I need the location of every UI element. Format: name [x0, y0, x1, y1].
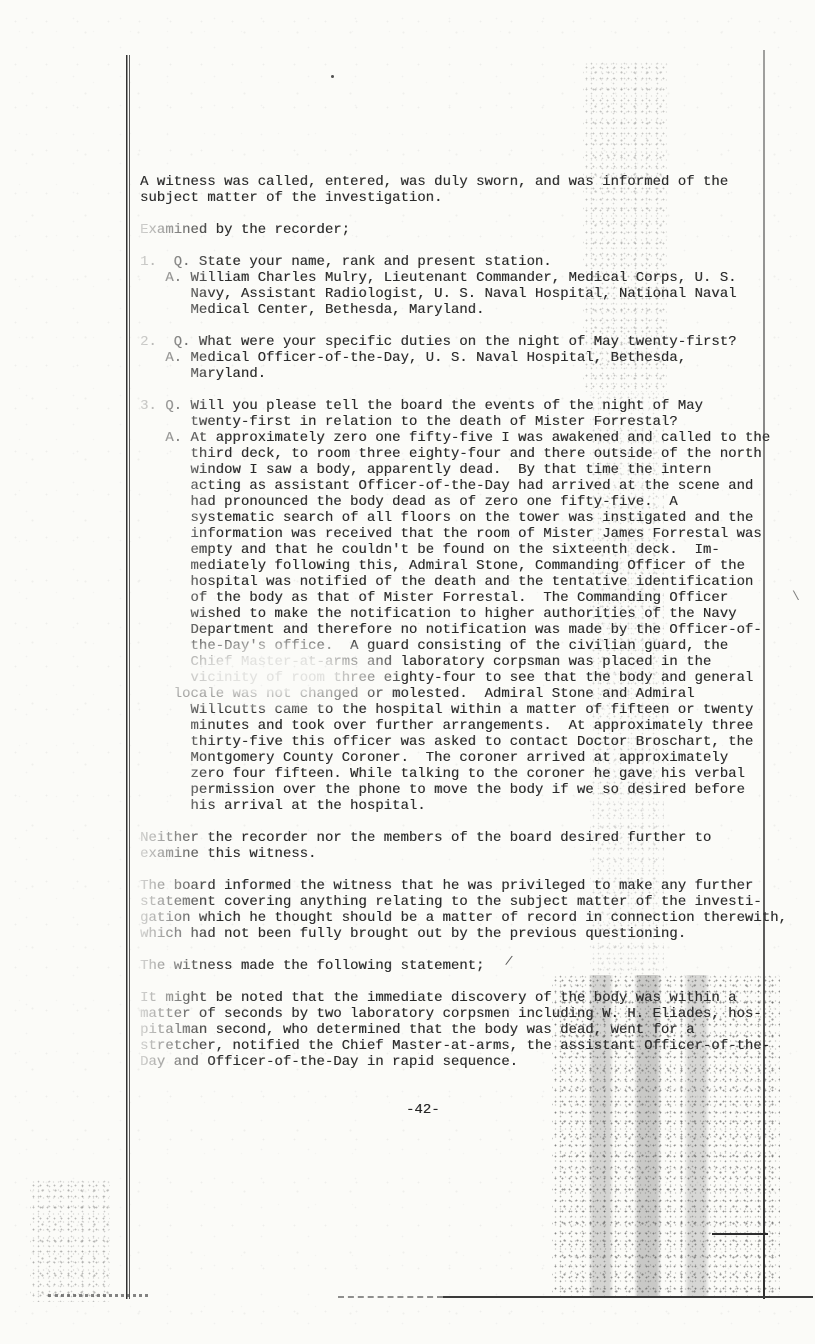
stain-mid-right [590, 392, 664, 977]
scanned-document-page: A witness was called, entered, was duly … [0, 0, 815, 1344]
bottom-edge-line-dotted [48, 1294, 148, 1297]
bottom-edge-line-dashed [338, 1296, 443, 1298]
stain-top-right [583, 62, 667, 392]
page-left-border-line [126, 55, 131, 1299]
page-right-border-line [763, 50, 765, 1299]
bottom-edge-line-solid [443, 1296, 813, 1298]
speckle-bottom-left [30, 1180, 110, 1302]
bottom-right-short-line [712, 1233, 768, 1235]
stain-bottom-right [552, 975, 780, 1297]
ink-dot-top [331, 75, 334, 78]
